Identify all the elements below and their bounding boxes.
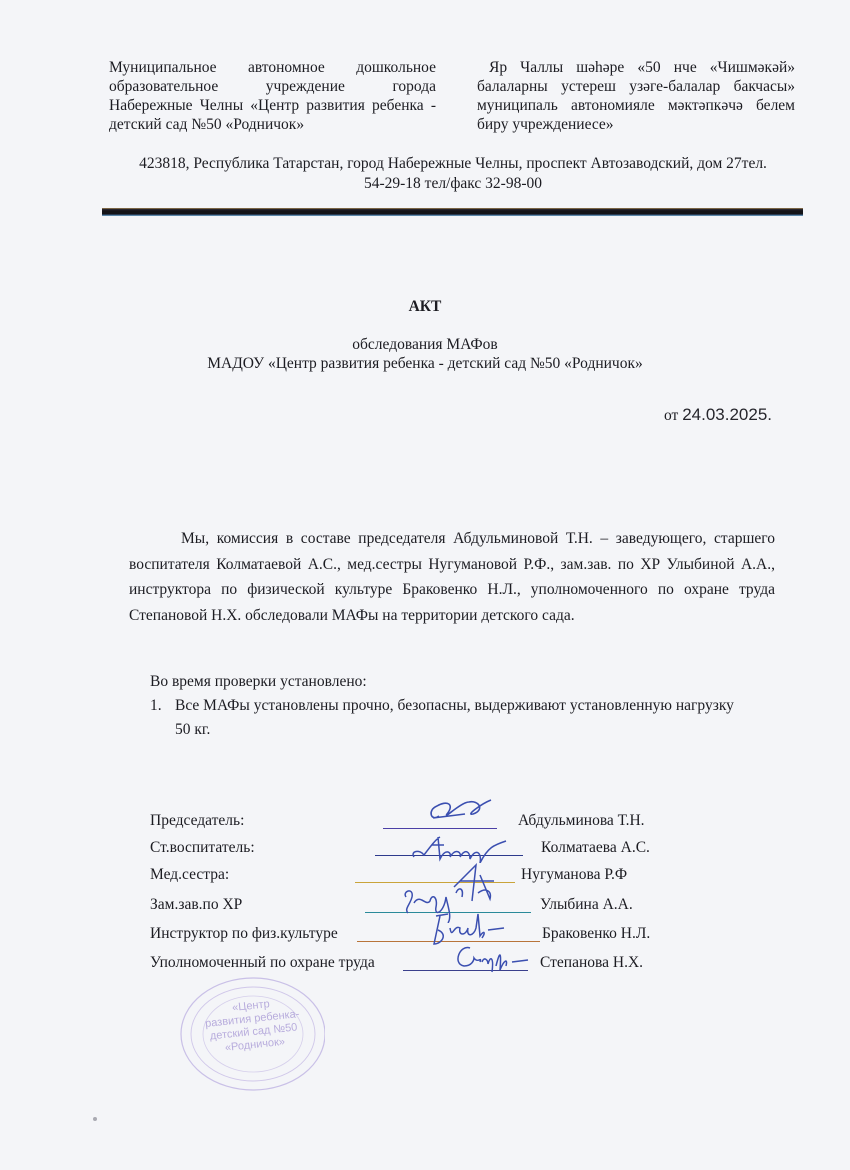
- signature-line: [355, 882, 515, 883]
- signature-line: [365, 912, 531, 913]
- signature-name: Абдульминова Т.Н.: [518, 812, 645, 830]
- signature-row: Ст.воспитатель: Колматаева А.С.: [150, 839, 710, 861]
- date-prefix: от: [664, 407, 682, 424]
- finding-item: 1. Все МАФы установлены прочно, безопасн…: [150, 694, 750, 742]
- signature-role: Мед.сестра:: [150, 866, 229, 884]
- document-title: АКТ: [0, 298, 850, 316]
- signature-row: Инструктор по физ.культуре Браковенко Н.…: [150, 925, 710, 947]
- finding-text: Все МАФы установлены прочно, безопасны, …: [175, 694, 750, 742]
- header-org-name-ru: Муниципальное автономное дошкольное обра…: [109, 58, 436, 134]
- findings-intro: Во время проверки установлено:: [150, 670, 750, 694]
- commission-paragraph: Мы, комиссия в составе председателя Абду…: [129, 526, 775, 628]
- header-divider: [102, 208, 803, 216]
- header-address: 423818, Республика Татарстан, город Набе…: [102, 154, 804, 194]
- signature-name: Нугуманова Р.Ф: [521, 866, 627, 884]
- signature-name: Колматаева А.С.: [541, 839, 650, 857]
- signature-role: Ст.воспитатель:: [150, 839, 255, 857]
- signature-line: [383, 828, 497, 829]
- header-org-name-tt: Яр Чаллы шәһәре «50 нче «Чишмәкәй» балал…: [477, 58, 795, 134]
- subtitle-line-2: МАДОУ «Центр развития ребенка - детский …: [0, 354, 850, 373]
- date-value: 24.03.2025.: [682, 405, 772, 424]
- scan-speck: [93, 1117, 97, 1121]
- organization-stamp: «Центр развития ребенка- детский сад №50…: [175, 972, 325, 1092]
- signature-name: Улыбина А.А.: [540, 896, 633, 914]
- signature-line: [375, 855, 523, 856]
- address-line-1: 423818, Республика Татарстан, город Набе…: [102, 154, 804, 174]
- signature-row: Председатель: Абдульминова Т.Н.: [150, 812, 710, 834]
- signature-row: Зам.зав.по ХР Улыбина А.А.: [150, 896, 710, 918]
- signature-role: Зам.зав.по ХР: [150, 896, 242, 914]
- signature-role: Инструктор по физ.культуре: [150, 925, 338, 943]
- findings-section: Во время проверки установлено: 1. Все МА…: [150, 670, 750, 742]
- finding-number: 1.: [150, 694, 175, 742]
- document-subtitle: обследования МАФов МАДОУ «Центр развития…: [0, 335, 850, 373]
- header-org-name-tt-text: Яр Чаллы шәһәре «50 нче «Чишмәкәй» балал…: [477, 58, 795, 134]
- signature-line: [403, 970, 528, 971]
- subtitle-line-1: обследования МАФов: [0, 335, 850, 354]
- signature-role: Председатель:: [150, 812, 244, 830]
- signature-role: Уполномоченный по охране труда: [150, 954, 375, 972]
- signature-name: Степанова Н.Х.: [540, 954, 643, 972]
- signature-row: Мед.сестра: Нугуманова Р.Ф: [150, 866, 710, 888]
- signature-name: Браковенко Н.Л.: [542, 925, 650, 943]
- signature-line: [357, 941, 540, 942]
- document-date: от 24.03.2025.: [664, 405, 772, 425]
- address-line-2: 54-29-18 тел/факс 32-98-00: [102, 174, 804, 194]
- document-page: Муниципальное автономное дошкольное обра…: [0, 0, 850, 1170]
